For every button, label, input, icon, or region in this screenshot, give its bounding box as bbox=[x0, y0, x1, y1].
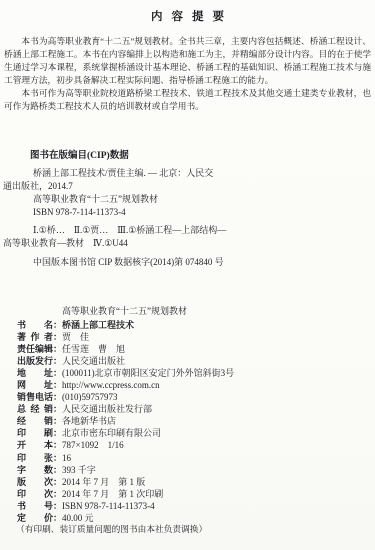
summary-paragraph-2: 本书可作为高等职业院校道路桥梁工程技术、铁道工程技术及其他交通土建类专业教材，也… bbox=[4, 87, 371, 113]
colophon-value: 北京市密东印刷有限公司 bbox=[62, 428, 161, 438]
colophon-label: 著 作 者： bbox=[17, 332, 62, 342]
colophon-value: 人民交通出版社 bbox=[62, 356, 125, 366]
colophon-row: 经 销：各地新华书店 bbox=[17, 415, 234, 427]
colophon-label: 网 址： bbox=[17, 380, 62, 390]
book-copyright-page: 内容提要 本书为高等职业教育“十二五”规划教材。全书共三章，主要内容包括概述、桥… bbox=[0, 0, 375, 550]
colophon-value: (010)59757973 bbox=[62, 392, 118, 402]
colophon-row: 印 刷：北京市密东印刷有限公司 bbox=[17, 427, 234, 439]
colophon-row: 印 次：2014 年 7 月 第 1 次印刷 bbox=[17, 488, 234, 500]
colophon-row: 网 址：http://www.ccpress.com.cn bbox=[17, 379, 234, 391]
colophon-label: 经 销： bbox=[17, 416, 62, 426]
colophon-footer-note: （有印刷、装订质量问题的图书由本社负责调换） bbox=[16, 523, 207, 535]
cip-isbn-line: ISBN 978-7-114-11373-4 bbox=[3, 206, 213, 219]
colophon-label: 印 刷： bbox=[17, 428, 62, 438]
colophon-label: 版 次： bbox=[17, 477, 62, 487]
colophon-row: 字 数：393 千字 bbox=[17, 464, 234, 476]
cip-heading: 图书在版编目(CIP)数据 bbox=[30, 147, 129, 161]
colophon-row: 销售电话：(010)59757973 bbox=[17, 391, 234, 403]
colophon-value: 桥涵上部工程技术 bbox=[62, 320, 134, 330]
colophon-value: 40.00 元 bbox=[62, 513, 94, 523]
colophon-row: 总 经 销：人民交通出版社发行部 bbox=[17, 403, 234, 415]
colophon-label: 开 本： bbox=[17, 440, 62, 450]
colophon-row: 责任编辑：任雪莲 曹 旭 bbox=[17, 343, 234, 355]
colophon-value: 16 bbox=[62, 453, 71, 463]
colophon-label: 印 次： bbox=[17, 489, 62, 499]
cip-record-block: 桥涵上部工程技术/贾佳主编. — 北京：人民交 通出版社，2014.7 高等职业… bbox=[3, 167, 213, 219]
colophon-value: 各地新华书店 bbox=[62, 416, 116, 426]
colophon-value: 787×1092 1/16 bbox=[62, 440, 124, 450]
colophon-block: 书 名：桥涵上部工程技术 著 作 者：贾 佳 责任编辑：任雪莲 曹 旭 出版发行… bbox=[17, 319, 234, 524]
colophon-value: http://www.ccpress.com.cn bbox=[62, 380, 160, 390]
colophon-label: 出版发行： bbox=[17, 356, 62, 366]
colophon-label: 销售电话： bbox=[17, 392, 62, 402]
colophon-value: 393 千字 bbox=[62, 465, 96, 475]
colophon-row: 书 号：ISBN 978-7-114-11373-4 bbox=[17, 500, 234, 512]
colophon-row: 地 址：(100011)北京市朝阳区安定门外外馆斜街3号 bbox=[17, 367, 234, 379]
colophon-label: 地 址： bbox=[17, 368, 62, 378]
colophon-row: 开 本：787×1092 1/16 bbox=[17, 439, 234, 451]
colophon-row: 出版发行：人民交通出版社 bbox=[17, 355, 234, 367]
colophon-value: 2014 年 7 月 第 1 版 bbox=[62, 477, 145, 487]
colophon-row: 定 价：40.00 元 bbox=[17, 512, 234, 524]
colophon-row: 印 张：16 bbox=[17, 452, 234, 464]
colophon-value: 人民交通出版社发行部 bbox=[62, 404, 152, 414]
cip-registry-line: 中国版本图书馆 CIP 数据核字(2014)第 074840 号 bbox=[33, 255, 224, 268]
colophon-label: 定 价： bbox=[17, 513, 62, 523]
colophon-row: 版 次：2014 年 7 月 第 1 版 bbox=[17, 476, 234, 488]
cip-record-line: 通出版社，2014.7 bbox=[3, 180, 213, 193]
colophon-label: 字 数： bbox=[17, 465, 62, 475]
cip-class-line: 高等职业教育—教材 Ⅳ.①U44 bbox=[3, 237, 226, 250]
colophon-label: 书 号： bbox=[17, 501, 62, 511]
colophon-value: ISBN 978-7-114-11373-4 bbox=[62, 501, 155, 511]
colophon-row: 书 名：桥涵上部工程技术 bbox=[17, 319, 234, 331]
colophon-row: 著 作 者：贾 佳 bbox=[17, 331, 234, 343]
content-summary-title: 内容提要 bbox=[4, 8, 371, 24]
colophon-label: 印 张： bbox=[17, 453, 62, 463]
colophon-label: 书 名： bbox=[17, 320, 62, 330]
cip-record-line: 桥涵上部工程技术/贾佳主编. — 北京：人民交 bbox=[3, 167, 213, 180]
cip-series-line: 高等职业教育“十二五”规划教材 bbox=[3, 193, 213, 206]
colophon-series: 高等职业教育“十二五”规划教材 bbox=[62, 304, 187, 317]
content-summary-section: 内容提要 本书为高等职业教育“十二五”规划教材。全书共三章，主要内容包括概述、桥… bbox=[4, 8, 371, 113]
summary-paragraph-1: 本书为高等职业教育“十二五”规划教材。全书共三章，主要内容包括概述、桥涵工程设计… bbox=[4, 35, 371, 87]
colophon-value: (100011)北京市朝阳区安定门外外馆斜街3号 bbox=[62, 368, 234, 378]
cip-classification-block: Ⅰ.①桥… Ⅱ.①贾… Ⅲ.①桥涵工程—上部结构— 高等职业教育—教材 Ⅳ.①U… bbox=[3, 224, 226, 250]
cip-class-line: Ⅰ.①桥… Ⅱ.①贾… Ⅲ.①桥涵工程—上部结构— bbox=[3, 224, 226, 237]
colophon-value: 2014 年 7 月 第 1 次印刷 bbox=[62, 489, 163, 499]
colophon-value: 贾 佳 bbox=[62, 332, 89, 342]
colophon-value: 任雪莲 曹 旭 bbox=[62, 344, 125, 354]
colophon-label: 责任编辑： bbox=[17, 344, 62, 354]
colophon-label: 总 经 销： bbox=[17, 404, 62, 414]
